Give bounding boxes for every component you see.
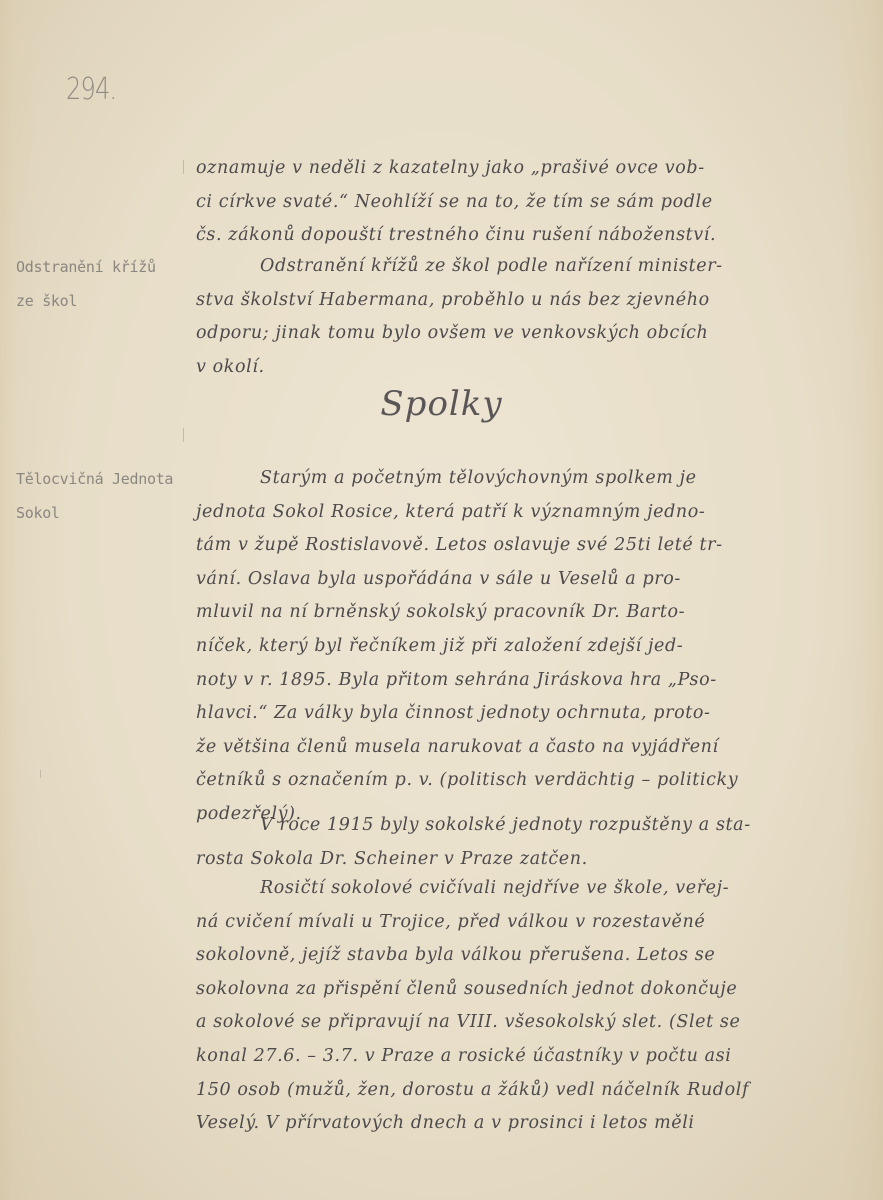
text-line: a sokolové se připravují na VIII. všesok… — [196, 1006, 844, 1040]
text-line: 150 osob (mužů, žen, dorostu a žáků) ved… — [196, 1074, 844, 1108]
pencil-mark — [183, 428, 184, 442]
paragraph-rosice-sokol: Rosičtí sokolové cvičívali nejdříve ve š… — [196, 872, 844, 1141]
paragraph-sokol: Starým a početným tělovýchovným spolkem … — [196, 462, 844, 832]
text-line: jednota Sokol Rosice, která patří k význ… — [196, 496, 844, 530]
section-heading: Spolky — [0, 384, 883, 424]
margin-note-line: ze škol — [16, 284, 156, 318]
text-line: sokolovně, jejíž stavba byla válkou přer… — [196, 939, 844, 973]
pencil-mark — [40, 770, 41, 778]
text-line: V roce 1915 byly sokolské jednoty rozpuš… — [196, 809, 844, 843]
pencil-mark — [183, 160, 184, 174]
margin-note-line: Tělocvičná Jednota — [16, 462, 173, 496]
text-line: že většina členů musela narukovat a čast… — [196, 731, 844, 765]
page-number: 294. — [66, 72, 116, 107]
text-line: tám v župě Rostislavově. Letos oslavuje … — [196, 529, 844, 563]
text-line: níček, který byl řečníkem již při založe… — [196, 630, 844, 664]
text-line: četníků s označením p. v. (politisch ver… — [196, 764, 844, 798]
text-line: Starým a početným tělovýchovným spolkem … — [196, 462, 844, 496]
text-line: ci církve svaté.“ Neohlíží se na to, že … — [196, 186, 844, 220]
text-line: vání. Oslava byla uspořádána v sále u Ve… — [196, 563, 844, 597]
margin-note-line: Sokol — [16, 496, 173, 530]
manuscript-page: 294. Odstranění křížů ze škol Tělocvičná… — [0, 0, 883, 1200]
text-line: konal 27.6. – 3.7. v Praze a rosické úča… — [196, 1040, 844, 1074]
text-line: Rosičtí sokolové cvičívali nejdříve ve š… — [196, 872, 844, 906]
text-line: Odstranění křížů ze škol podle nařízení … — [196, 250, 844, 284]
text-line: sokolovna za přispění členů sousedních j… — [196, 973, 844, 1007]
margin-note-cross-removal: Odstranění křížů ze škol — [16, 250, 156, 318]
text-line: ná cvičení mívali u Trojice, před válkou… — [196, 906, 844, 940]
paragraph-cross-removal: Odstranění křížů ze škol podle nařízení … — [196, 250, 844, 384]
paragraph-1915: V roce 1915 byly sokolské jednoty rozpuš… — [196, 809, 844, 876]
paragraph-continuation: oznamuje v neděli z kazatelny jako „praš… — [196, 152, 844, 253]
text-line: v okolí. — [196, 351, 844, 385]
text-line: hlavci.“ Za války byla činnost jednoty o… — [196, 697, 844, 731]
margin-note-sokol: Tělocvičná Jednota Sokol — [16, 462, 173, 530]
margin-note-line: Odstranění křížů — [16, 250, 156, 284]
text-line: mluvil na ní brněnský sokolský pracovník… — [196, 596, 844, 630]
text-line: Veselý. V přírvatových dnech a v prosinc… — [196, 1107, 844, 1141]
text-line: oznamuje v neděli z kazatelny jako „praš… — [196, 152, 844, 186]
text-line: stva školství Habermana, proběhlo u nás … — [196, 284, 844, 318]
text-line: odporu; jinak tomu bylo ovšem ve venkovs… — [196, 317, 844, 351]
text-line: noty v r. 1895. Byla přitom sehrána Jirá… — [196, 664, 844, 698]
text-line: čs. zákonů dopouští trestného činu rušen… — [196, 219, 844, 253]
